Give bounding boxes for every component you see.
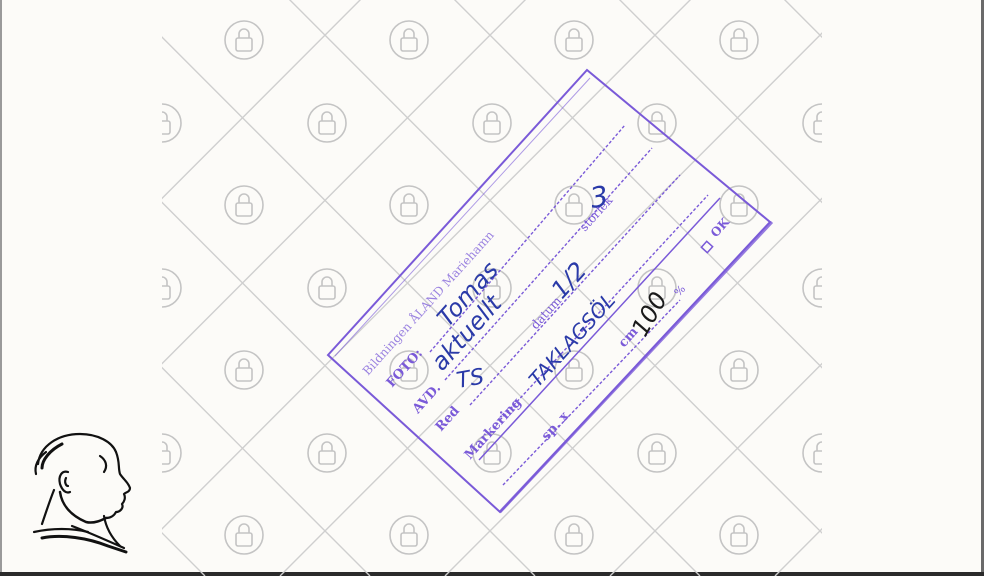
datum-label: datum xyxy=(528,293,565,332)
markering-value-handwritten: TAKLAGSÖL xyxy=(524,288,620,391)
red-label: Red xyxy=(433,404,463,435)
percent-label: % xyxy=(672,283,689,299)
portrait-profile-icon xyxy=(28,428,134,554)
stamp-frame xyxy=(328,70,772,512)
ok-label: OK xyxy=(708,215,733,240)
archive-stamp: Bildningen ÅLAND Mariehamn FOTO: AVD. Re… xyxy=(0,0,984,576)
red-value-handwritten: TS xyxy=(455,365,486,394)
avd-label: AVD. xyxy=(409,381,444,417)
ok-checkbox xyxy=(701,241,712,252)
markering-label: Markering xyxy=(462,395,525,462)
